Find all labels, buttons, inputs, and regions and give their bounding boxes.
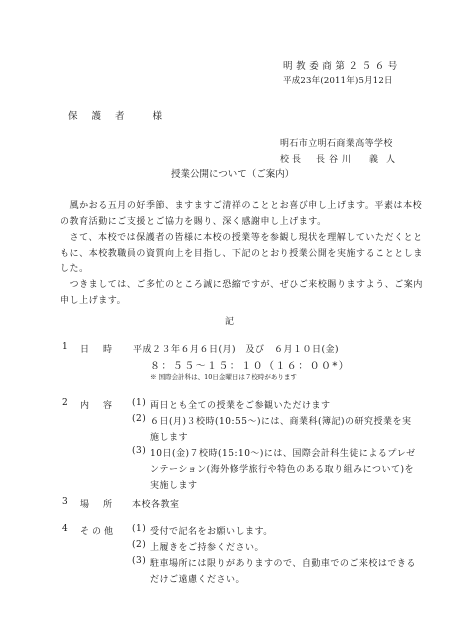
body-line: 申し上げます。 xyxy=(60,293,126,306)
item-line: ンテーション(海外修学旅行や特色のある取り組みについて)を xyxy=(150,462,414,475)
recipient-char: 護 xyxy=(92,108,102,122)
item-marker: (1) xyxy=(132,524,146,534)
item-marker: (1) xyxy=(132,398,146,408)
section-label-char: 容 xyxy=(103,398,112,411)
document-date: 平成23年(2011年)5月12日 xyxy=(283,74,393,86)
body-line: つきましては、ご多忙のところ誠に恐縮ですが、ぜひご来校賜りますよう、ご案内 xyxy=(60,277,423,290)
section-label-char: の xyxy=(92,524,101,537)
item-line: だけご遠慮ください。 xyxy=(150,572,245,585)
section-number: 3 xyxy=(62,497,68,507)
item-line: 施します xyxy=(150,430,188,443)
section-number: 4 xyxy=(62,524,68,534)
item-marker: (2) xyxy=(132,414,146,424)
section-number: 2 xyxy=(62,398,68,408)
item-line: 駐車場所には限りがありますので、自動車でのご来校はできる xyxy=(150,556,416,569)
body-line: の教育活動にご支援とご協力を賜り、深く感謝申し上げます。 xyxy=(60,214,327,227)
recipient-char: 者 xyxy=(115,108,125,122)
body-line: さて、本校では保護者の皆様に本校の授業等を参観し現状を理解していただくとと xyxy=(60,230,423,243)
item-line: 実施します xyxy=(150,478,198,491)
recipient-char: 保 xyxy=(68,108,78,122)
principal-given-name: 義人 xyxy=(369,152,403,165)
ki-heading: 記 xyxy=(225,314,234,327)
section-label-char: 時 xyxy=(103,342,112,355)
item-marker: (3) xyxy=(132,556,146,566)
item-line: ６日(月)３校時(10:55～)には、商業科(簿記)の研究授業を実 xyxy=(150,414,412,427)
recipient-honorific: 様 xyxy=(153,108,163,122)
section-line: 本校各教室 xyxy=(132,497,180,510)
body-line: もに、本校教職員の資質向上を目指し、下記のとおり授業公開を実施することとしま xyxy=(60,246,423,259)
section-label-char: 所 xyxy=(103,497,112,510)
item-line: 上履きをご持参ください。 xyxy=(150,540,264,553)
item-marker: (3) xyxy=(132,446,146,456)
principal-title: 校長 xyxy=(280,152,304,165)
section-note: ※ 国際会計科は、10日金曜日は７校時があります xyxy=(150,373,297,382)
document-title: 授業公開について（ご案内） xyxy=(171,166,294,180)
school-name: 明石市立明石商業高等学校 xyxy=(280,136,393,149)
item-line: 受付で記名をお願いします。 xyxy=(150,524,273,537)
body-line: した。 xyxy=(60,261,89,274)
section-label-char: 他 xyxy=(104,524,113,537)
item-marker: (2) xyxy=(132,540,146,550)
section-number: 1 xyxy=(62,342,68,352)
section-line: 平成２３年６月６日(月) 及び ６月１０日(金) xyxy=(133,342,339,355)
section-label-char: 内 xyxy=(80,398,89,411)
section-line: ８：５５～１５：１０（１６：００*） xyxy=(150,357,350,372)
principal-name: 校長長谷川義人 xyxy=(280,152,403,165)
item-line: 両日とも全ての授業をご参観いただけます xyxy=(150,398,331,411)
principal-surname: 長谷川 xyxy=(316,152,355,165)
body-line: 風かおる五月の好季節、ますますご清祥のこととお喜び申し上げます。平素は本校 xyxy=(60,198,422,211)
recipient: 保護者様 xyxy=(68,108,162,122)
item-line: 10日(金)７校時(15:10～)には、国際会計科生徒によるプレゼ xyxy=(150,446,416,459)
document-number: 明教委商第２５６号 xyxy=(283,58,401,72)
section-label-char: 日 xyxy=(80,342,89,355)
section-label-char: 場 xyxy=(80,497,89,510)
section-label-char: そ xyxy=(80,524,89,537)
